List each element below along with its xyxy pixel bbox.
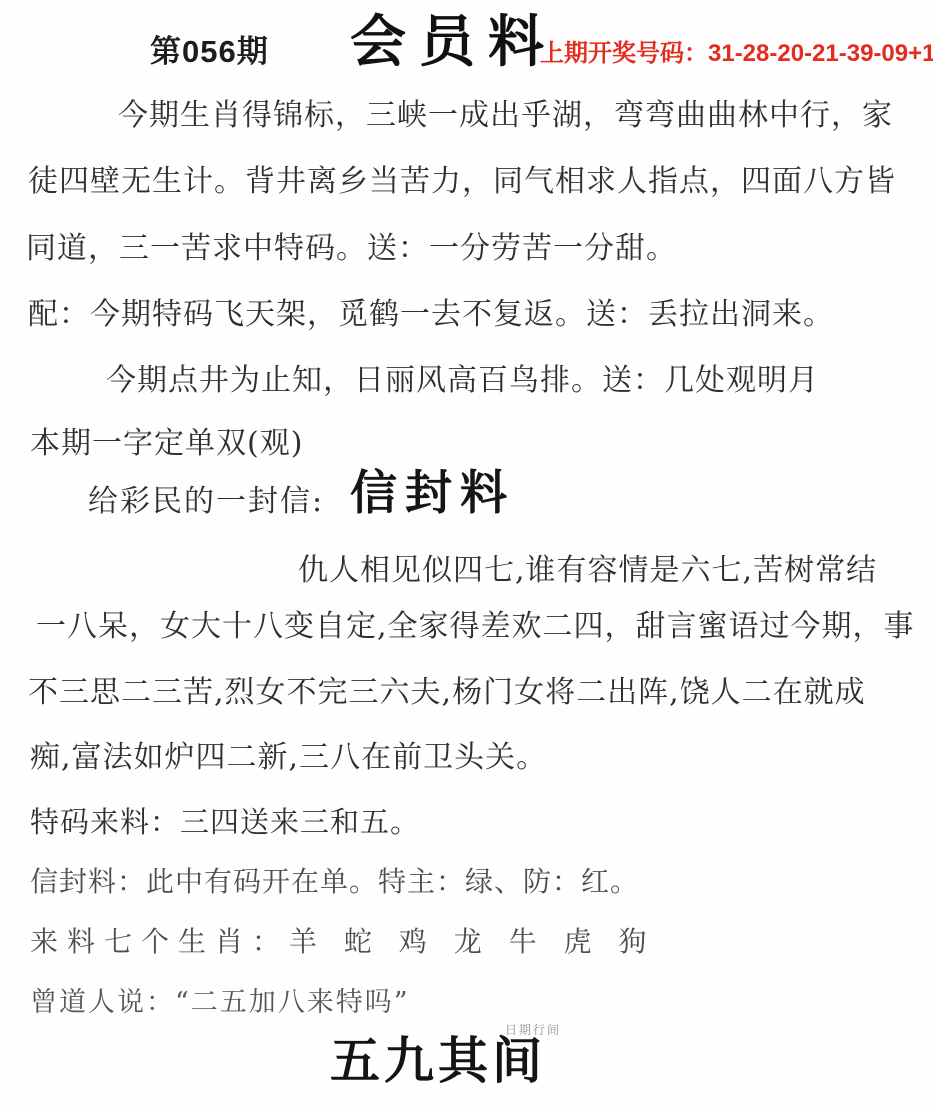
envelope-line-1: 仇人相见似四七,谁有容情是六七,苦树常结	[298, 556, 877, 586]
envelope-line-3: 不三思二三苦,烈女不完三六夫,杨门女将二出阵,饶人二在就成	[28, 678, 866, 708]
page-title: 会员料	[350, 14, 557, 70]
zodiac-line: 来料七个生肖：羊 蛇 鸡 龙 牛 虎 狗	[30, 928, 655, 956]
envelope-line-2: 一八呆，女大十八变自定,全家得差欢二四，甜言蜜语过今期，事	[36, 612, 915, 642]
single-double-line: 本期一字定单双(观)	[30, 429, 303, 459]
special-code-line: 特码来料：三四送来三和五。	[30, 808, 420, 837]
verse-line-1: 今期生肖得锦标，三峡一成出乎湖，弯弯曲曲林中行，家	[118, 101, 893, 131]
envelope-line-4: 痴,富法如炉四二新,三八在前卫头关。	[30, 743, 547, 773]
footer-slogan: 五九其间	[330, 1036, 546, 1086]
verse-line-2: 徒四壁无生计。背井离乡当苦力，同气相求人指点，四面八方皆	[28, 167, 896, 197]
verse-line-4: 配：今期特码飞天架，觅鹤一去不复返。送：丢拉出洞来。	[28, 300, 834, 330]
tip-sheet-page: 第056期 会员料 上期开奖号码：31-28-20-21-39-09+14 今期…	[0, 0, 933, 1108]
verse-line-5: 今期点井为止知，日丽风高百鸟排。送：几处观明月	[106, 366, 819, 396]
envelope-color-line: 信封料：此中有码开在单。特主：绿、防：红。	[30, 868, 639, 896]
quote-line: 曾道人说：“二五加八来特吗”	[30, 989, 410, 1016]
last-draw-numbers: 上期开奖号码：31-28-20-21-39-09+14	[540, 42, 933, 66]
verse-line-3: 同道，三一苦求中特码。送：一分劳苦一分甜。	[26, 234, 677, 264]
issue-number: 第056期	[150, 36, 269, 67]
envelope-title: 信封料	[350, 470, 515, 517]
envelope-intro: 给彩民的一封信:	[88, 487, 324, 517]
